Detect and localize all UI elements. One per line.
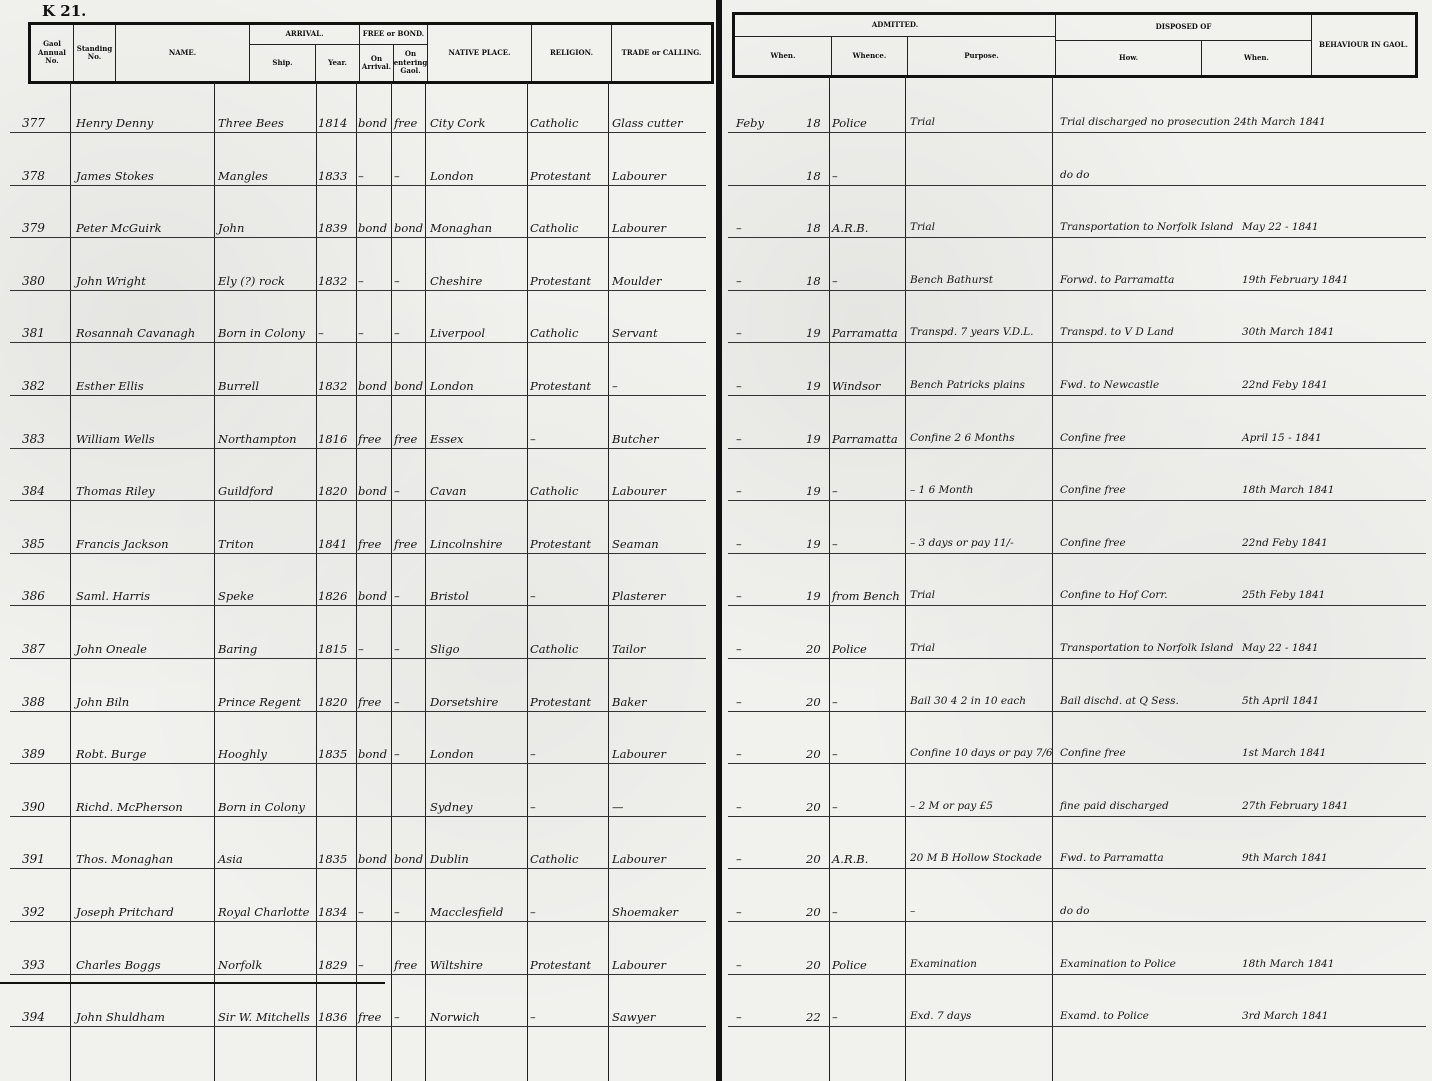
row-whence: A.R.B. xyxy=(832,852,868,866)
row-name: Thos. Monaghan xyxy=(76,852,173,866)
row-disposed-when: 22nd Feby 1841 xyxy=(1242,379,1328,391)
row-ship: Baring xyxy=(218,642,257,656)
row-admitted-day: 19 xyxy=(806,537,821,551)
header-purpose: Purpose. xyxy=(907,37,1055,75)
row-trade: Labourer xyxy=(612,958,666,972)
column-rule xyxy=(829,76,830,1081)
row-native-place: London xyxy=(430,747,474,761)
row-purpose: – xyxy=(910,905,915,917)
row-purpose: – 2 M or pay £5 xyxy=(910,800,993,812)
row-disposed-when: May 22 - 1841 xyxy=(1242,221,1319,233)
row-year: 1816 xyxy=(318,432,347,446)
row-ship: Prince Regent xyxy=(218,695,301,709)
right-header-box: ADMITTED. When. Whence. Purpose. DISPOSE… xyxy=(732,12,1418,78)
row-whence: – xyxy=(832,695,838,709)
column-rule xyxy=(527,82,528,1081)
row-rule xyxy=(728,763,1426,764)
row-name: John Biln xyxy=(76,695,129,709)
row-rule xyxy=(728,921,1426,922)
row-year: 1835 xyxy=(318,747,347,761)
row-on-entering: – xyxy=(394,695,400,709)
row-native-place: Sydney xyxy=(430,800,472,814)
row-ship: Born in Colony xyxy=(218,800,305,814)
row-admitted-month: – xyxy=(736,800,742,814)
row-name: Esther Ellis xyxy=(76,379,144,393)
header-ship: Ship. xyxy=(249,45,315,81)
folio-number: K 21. xyxy=(42,2,86,20)
row-on-entering: bond xyxy=(394,221,423,235)
row-rule xyxy=(10,448,706,449)
row-ship: Burrell xyxy=(218,379,259,393)
row-name: Robt. Burge xyxy=(76,747,146,761)
row-name: Richd. McPherson xyxy=(76,800,183,814)
row-on-arrival: – xyxy=(358,642,364,656)
row-rule xyxy=(10,711,706,712)
row-name: John Shuldham xyxy=(76,1010,165,1024)
row-admitted-day: 19 xyxy=(806,326,821,340)
row-native-place: Cheshire xyxy=(430,274,482,288)
row-native-place: Dublin xyxy=(430,852,469,866)
row-trade: Labourer xyxy=(612,852,666,866)
row-year: 1832 xyxy=(318,379,347,393)
row-on-entering: free xyxy=(394,432,417,446)
row-rule xyxy=(10,921,706,922)
row-admitted-day: 18 xyxy=(806,116,821,130)
row-rule xyxy=(10,763,706,764)
row-admitted-month: – xyxy=(736,484,742,498)
row-number: 381 xyxy=(22,326,45,340)
row-admitted-month: – xyxy=(736,432,742,446)
row-whence: – xyxy=(832,274,838,288)
row-year: 1834 xyxy=(318,905,347,919)
column-rule xyxy=(316,82,317,1081)
row-admitted-month: – xyxy=(736,274,742,288)
row-year: 1833 xyxy=(318,169,347,183)
row-on-arrival: bond xyxy=(358,221,387,235)
row-purpose: Trial xyxy=(910,642,935,654)
row-trade: Shoemaker xyxy=(612,905,678,919)
row-disposed-how: Transportation to Norfolk Island xyxy=(1060,221,1233,233)
column-rule xyxy=(391,82,392,1081)
row-religion: Protestant xyxy=(530,274,591,288)
row-number: 394 xyxy=(22,1010,45,1024)
row-disposed-when: 18th March 1841 xyxy=(1242,958,1334,970)
row-native-place: Macclesfield xyxy=(430,905,503,919)
row-whence: – xyxy=(832,800,838,814)
row-religion: Protestant xyxy=(530,379,591,393)
row-purpose: Exd. 7 days xyxy=(910,1010,971,1022)
row-ship: Royal Charlotte xyxy=(218,905,309,919)
row-on-entering: free xyxy=(394,116,417,130)
row-on-entering: – xyxy=(394,484,400,498)
row-on-arrival: – xyxy=(358,958,364,972)
row-religion: – xyxy=(530,432,536,446)
row-name: Saml. Harris xyxy=(76,589,150,603)
row-year: 1826 xyxy=(318,589,347,603)
row-disposed-when: May 22 - 1841 xyxy=(1242,642,1319,654)
row-rule xyxy=(728,342,1426,343)
row-whence: – xyxy=(832,169,838,183)
row-rule xyxy=(728,553,1426,554)
row-name: John Wright xyxy=(76,274,146,288)
row-admitted-month: – xyxy=(736,642,742,656)
row-religion: Protestant xyxy=(530,695,591,709)
row-trade: Glass cutter xyxy=(612,116,683,130)
row-disposed-when: April 15 - 1841 xyxy=(1242,432,1322,444)
row-number: 383 xyxy=(22,432,45,446)
row-year: 1841 xyxy=(318,537,347,551)
row-native-place: Monaghan xyxy=(430,221,492,235)
row-ship: Three Bees xyxy=(218,116,284,130)
row-rule xyxy=(10,1026,706,1027)
row-year: 1820 xyxy=(318,484,347,498)
row-rule xyxy=(10,868,706,869)
row-admitted-month: – xyxy=(736,537,742,551)
row-rule xyxy=(728,658,1426,659)
row-disposed-when: 25th Feby 1841 xyxy=(1242,589,1325,601)
row-rule xyxy=(10,605,706,606)
row-purpose: Trial xyxy=(910,589,935,601)
row-whence: Police xyxy=(832,642,867,656)
row-ship: Sir W. Mitchells xyxy=(218,1010,310,1024)
row-whence: – xyxy=(832,905,838,919)
row-whence: – xyxy=(832,1010,838,1024)
row-native-place: Liverpool xyxy=(430,326,485,340)
row-number: 390 xyxy=(22,800,45,814)
row-native-place: London xyxy=(430,379,474,393)
row-native-place: Norwich xyxy=(430,1010,480,1024)
row-disposed-when: 1st March 1841 xyxy=(1242,747,1326,759)
row-rule xyxy=(728,711,1426,712)
row-on-arrival: bond xyxy=(358,747,387,761)
row-admitted-month: Feby xyxy=(736,116,764,130)
row-disposed-when: 30th March 1841 xyxy=(1242,326,1334,338)
row-admitted-day: 18 xyxy=(806,169,821,183)
row-trade: Tailor xyxy=(612,642,645,656)
row-rule xyxy=(10,974,706,975)
row-name: Peter McGuirk xyxy=(76,221,162,235)
row-on-arrival: – xyxy=(358,274,364,288)
row-religion: – xyxy=(530,905,536,919)
row-native-place: Wiltshire xyxy=(430,958,483,972)
row-religion: – xyxy=(530,589,536,603)
row-disposed-how: Confine free xyxy=(1060,747,1126,759)
row-name: Rosannah Cavanagh xyxy=(76,326,195,340)
row-rule xyxy=(10,132,706,133)
row-disposed-how: do do xyxy=(1060,169,1089,181)
row-disposed-how: Transpd. to V D Land xyxy=(1060,326,1174,338)
row-religion: Catholic xyxy=(530,326,578,340)
row-religion: – xyxy=(530,747,536,761)
row-number: 377 xyxy=(22,116,45,130)
row-on-entering: free xyxy=(394,537,417,551)
row-number: 391 xyxy=(22,852,45,866)
row-whence: – xyxy=(832,484,838,498)
row-religion: Catholic xyxy=(530,642,578,656)
row-religion: – xyxy=(530,800,536,814)
row-rule xyxy=(728,500,1426,501)
row-trade: Servant xyxy=(612,326,658,340)
row-number: 392 xyxy=(22,905,45,919)
row-religion: Protestant xyxy=(530,537,591,551)
row-admitted-day: 19 xyxy=(806,432,821,446)
row-admitted-month: – xyxy=(736,1010,742,1024)
row-admitted-day: 20 xyxy=(806,905,821,919)
header-gaol-annual-no: Gaol Annual No. xyxy=(31,25,73,81)
left-header-box: Gaol Annual No. Standing No. NAME. ARRIV… xyxy=(28,22,714,84)
row-rule xyxy=(728,185,1426,186)
row-disposed-when: 3rd March 1841 xyxy=(1242,1010,1329,1022)
row-native-place: Lincolnshire xyxy=(430,537,502,551)
row-year: 1835 xyxy=(318,852,347,866)
row-on-entering: – xyxy=(394,274,400,288)
left-page: K 21. Gaol Annual No. Standing No. NAME.… xyxy=(0,0,716,1081)
row-rule xyxy=(728,605,1426,606)
row-trade: – xyxy=(612,379,618,393)
row-trade: Sawyer xyxy=(612,1010,655,1024)
row-disposed-how: fine paid discharged xyxy=(1060,800,1169,812)
header-free-or-bond: FREE or BOND. xyxy=(359,25,427,45)
row-on-entering: – xyxy=(394,169,400,183)
header-religion: RELIGION. xyxy=(531,25,611,81)
row-on-entering: – xyxy=(394,642,400,656)
row-rule xyxy=(728,448,1426,449)
row-number: 393 xyxy=(22,958,45,972)
row-on-entering: – xyxy=(394,1010,400,1024)
row-disposed-when: 18th March 1841 xyxy=(1242,484,1334,496)
row-disposed-how: Fwd. to Parramatta xyxy=(1060,852,1164,864)
row-admitted-day: 18 xyxy=(806,221,821,235)
row-religion: Catholic xyxy=(530,484,578,498)
column-rule xyxy=(356,82,357,1081)
row-on-arrival: – xyxy=(358,905,364,919)
row-name: Henry Denny xyxy=(76,116,153,130)
row-admitted-day: 20 xyxy=(806,642,821,656)
row-disposed-when: 22nd Feby 1841 xyxy=(1242,537,1328,549)
row-ship: Ely (?) rock xyxy=(218,274,285,288)
row-rule xyxy=(728,395,1426,396)
row-rule xyxy=(10,816,706,817)
row-purpose: Examination xyxy=(910,958,977,970)
row-religion: Catholic xyxy=(530,221,578,235)
row-year: 1820 xyxy=(318,695,347,709)
row-purpose: Bench Bathurst xyxy=(910,274,993,286)
row-rule xyxy=(10,553,706,554)
row-purpose: Trial xyxy=(910,116,935,128)
row-whence: Parramatta xyxy=(832,432,898,446)
row-admitted-month: – xyxy=(736,221,742,235)
row-trade: Labourer xyxy=(612,484,666,498)
row-trade: Moulder xyxy=(612,274,661,288)
row-number: 384 xyxy=(22,484,45,498)
row-ship: Guildford xyxy=(218,484,273,498)
row-disposed-when: 19th February 1841 xyxy=(1242,274,1348,286)
row-rule xyxy=(10,500,706,501)
row-disposed-how: Forwd. to Parramatta xyxy=(1060,274,1174,286)
row-disposed-when: 5th April 1841 xyxy=(1242,695,1319,707)
column-rule xyxy=(608,82,609,1081)
header-arrival: ARRIVAL. xyxy=(249,25,359,45)
row-trade: Baker xyxy=(612,695,647,709)
row-native-place: Essex xyxy=(430,432,464,446)
row-ship: Mangles xyxy=(218,169,268,183)
row-on-arrival: – xyxy=(358,169,364,183)
row-on-entering: bond xyxy=(394,379,423,393)
row-name: James Stokes xyxy=(76,169,154,183)
row-native-place: Cavan xyxy=(430,484,466,498)
row-trade: Labourer xyxy=(612,169,666,183)
header-trade-or-calling: TRADE or CALLING. xyxy=(611,25,711,81)
row-admitted-month: – xyxy=(736,852,742,866)
row-admitted-day: 20 xyxy=(806,958,821,972)
row-trade: Labourer xyxy=(612,747,666,761)
row-disposed-how: Fwd. to Newcastle xyxy=(1060,379,1159,391)
column-rule xyxy=(425,82,426,1081)
row-rule xyxy=(728,868,1426,869)
header-admitted-when: When. xyxy=(735,37,831,75)
row-religion: Protestant xyxy=(530,169,591,183)
row-trade: Labourer xyxy=(612,221,666,235)
header-on-entering-gaol: On entering Gaol. xyxy=(393,45,427,81)
row-native-place: City Cork xyxy=(430,116,485,130)
header-how: How. xyxy=(1055,41,1201,75)
row-disposed-when: 9th March 1841 xyxy=(1242,852,1328,864)
row-admitted-day: 20 xyxy=(806,800,821,814)
row-religion: Protestant xyxy=(530,958,591,972)
row-name: Charles Boggs xyxy=(76,958,161,972)
row-religion: Catholic xyxy=(530,116,578,130)
row-on-arrival: free xyxy=(358,1010,381,1024)
row-on-arrival: bond xyxy=(358,484,387,498)
header-admitted: ADMITTED. xyxy=(735,15,1055,37)
row-number: 386 xyxy=(22,589,45,603)
row-on-arrival: – xyxy=(358,326,364,340)
header-behaviour-in-gaol: BEHAVIOUR IN GAOL. xyxy=(1311,15,1415,75)
row-trade: — xyxy=(612,800,624,814)
row-admitted-day: 20 xyxy=(806,852,821,866)
row-on-arrival: free xyxy=(358,432,381,446)
row-native-place: Sligo xyxy=(430,642,460,656)
row-year: 1839 xyxy=(318,221,347,235)
column-rule xyxy=(1052,76,1053,1081)
row-disposed-how: Confine free xyxy=(1060,537,1126,549)
row-name: William Wells xyxy=(76,432,155,446)
row-admitted-day: 19 xyxy=(806,484,821,498)
row-year: 1815 xyxy=(318,642,347,656)
row-native-place: London xyxy=(430,169,474,183)
row-on-arrival: free xyxy=(358,695,381,709)
row-year: 1836 xyxy=(318,1010,347,1024)
row-on-entering: bond xyxy=(394,852,423,866)
row-ship: Asia xyxy=(218,852,243,866)
row-purpose: 20 M B Hollow Stockade xyxy=(910,852,1042,864)
row-disposed-how: Examd. to Police xyxy=(1060,1010,1149,1022)
row-admitted-month: – xyxy=(736,379,742,393)
row-on-entering: – xyxy=(394,747,400,761)
row-ship: Norfolk xyxy=(218,958,262,972)
row-purpose: Trial xyxy=(910,221,935,233)
row-whence: Windsor xyxy=(832,379,880,393)
row-rule xyxy=(10,185,706,186)
row-rule xyxy=(10,237,706,238)
row-purpose: – 3 days or pay 11/- xyxy=(910,537,1014,549)
row-on-arrival: bond xyxy=(358,116,387,130)
row-ship: Speke xyxy=(218,589,254,603)
row-on-entering: – xyxy=(394,905,400,919)
header-whence: Whence. xyxy=(831,37,907,75)
row-year: 1814 xyxy=(318,116,347,130)
row-whence: Parramatta xyxy=(832,326,898,340)
row-admitted-month: – xyxy=(736,905,742,919)
row-admitted-month: – xyxy=(736,589,742,603)
row-ship: Born in Colony xyxy=(218,326,305,340)
row-number: 382 xyxy=(22,379,45,393)
row-number: 389 xyxy=(22,747,45,761)
header-native-place: NATIVE PLACE. xyxy=(427,25,531,81)
row-native-place: Dorsetshire xyxy=(430,695,498,709)
row-admitted-day: 19 xyxy=(806,379,821,393)
row-rule xyxy=(10,395,706,396)
row-disposed-how: Examination to Police xyxy=(1060,958,1176,970)
row-ship: John xyxy=(218,221,244,235)
row-number: 388 xyxy=(22,695,45,709)
row-number: 387 xyxy=(22,642,45,656)
row-disposed-how: Transportation to Norfolk Island xyxy=(1060,642,1233,654)
row-admitted-month: – xyxy=(736,958,742,972)
row-disposed-when: 27th February 1841 xyxy=(1242,800,1348,812)
row-on-arrival: bond xyxy=(358,852,387,866)
row-purpose: Confine 2 6 Months xyxy=(910,432,1015,444)
row-purpose: – 1 6 Month xyxy=(910,484,973,496)
row-rule xyxy=(10,290,706,291)
row-whence: from Bench xyxy=(832,589,900,603)
row-name: Francis Jackson xyxy=(76,537,169,551)
row-purpose: Transpd. 7 years V.D.L. xyxy=(910,326,1034,338)
row-trade: Seaman xyxy=(612,537,659,551)
row-name: Joseph Pritchard xyxy=(76,905,174,919)
row-whence: Police xyxy=(832,116,867,130)
row-rule xyxy=(728,816,1426,817)
row-native-place: Bristol xyxy=(430,589,469,603)
header-on-arrival: On Arrival. xyxy=(359,45,393,81)
header-standing-no: Standing No. xyxy=(73,25,115,81)
row-name: Thomas Riley xyxy=(76,484,155,498)
row-year: – xyxy=(318,326,324,340)
row-ship: Northampton xyxy=(218,432,297,446)
row-on-entering: – xyxy=(394,326,400,340)
row-whence: – xyxy=(832,537,838,551)
row-rule xyxy=(10,658,706,659)
column-rule xyxy=(70,82,71,1081)
header-disposed-when: When. xyxy=(1201,41,1311,75)
row-whence: Police xyxy=(832,958,867,972)
row-whence: – xyxy=(832,747,838,761)
row-admitted-day: 20 xyxy=(806,695,821,709)
row-admitted-month: – xyxy=(736,747,742,761)
row-on-entering: free xyxy=(394,958,417,972)
header-year: Year. xyxy=(315,45,359,81)
row-year: 1829 xyxy=(318,958,347,972)
row-on-arrival: bond xyxy=(358,379,387,393)
row-rule xyxy=(728,237,1426,238)
row-admitted-day: 22 xyxy=(806,1010,821,1024)
row-disposed-how: Confine free xyxy=(1060,432,1126,444)
row-ship: Triton xyxy=(218,537,254,551)
row-number: 385 xyxy=(22,537,45,551)
row-trade: Butcher xyxy=(612,432,659,446)
row-trade: Plasterer xyxy=(612,589,665,603)
row-purpose: Bail 30 4 2 in 10 each xyxy=(910,695,1026,707)
